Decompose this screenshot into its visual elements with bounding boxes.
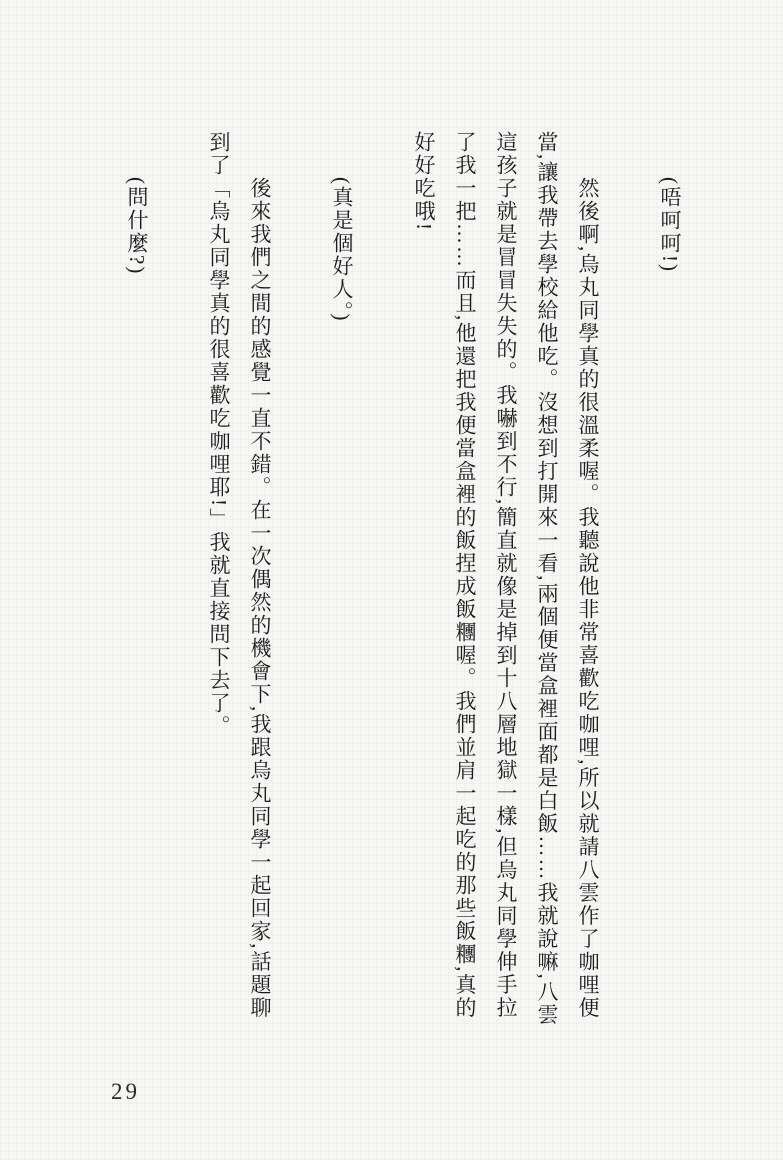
monologue-line-2: (真是個好人。) (321, 131, 362, 1031)
body-paragraph-1: 然後啊,烏丸同學真的很溫柔喔。我聽說他非常喜歡吃咖哩,所以就請八雲作了咖哩便當,… (403, 131, 608, 1031)
monologue-line-3: (問什麼?) (116, 131, 157, 1031)
vertical-text-block: (唔呵呵!) 然後啊,烏丸同學真的很溫柔喔。我聽說他非常喜歡吃咖哩,所以就請八雲… (116, 131, 690, 1031)
body-paragraph-2: 後來我們之間的感覺一直不錯。在一次偶然的機會下,我跟烏丸同學一起回家,話題聊到了… (198, 131, 280, 1031)
monologue-line-1: (唔呵呵!) (649, 131, 690, 1031)
page-number: 29 (111, 1079, 140, 1105)
book-page: (唔呵呵!) 然後啊,烏丸同學真的很溫柔喔。我聽說他非常喜歡吃咖哩,所以就請八雲… (0, 0, 783, 1160)
